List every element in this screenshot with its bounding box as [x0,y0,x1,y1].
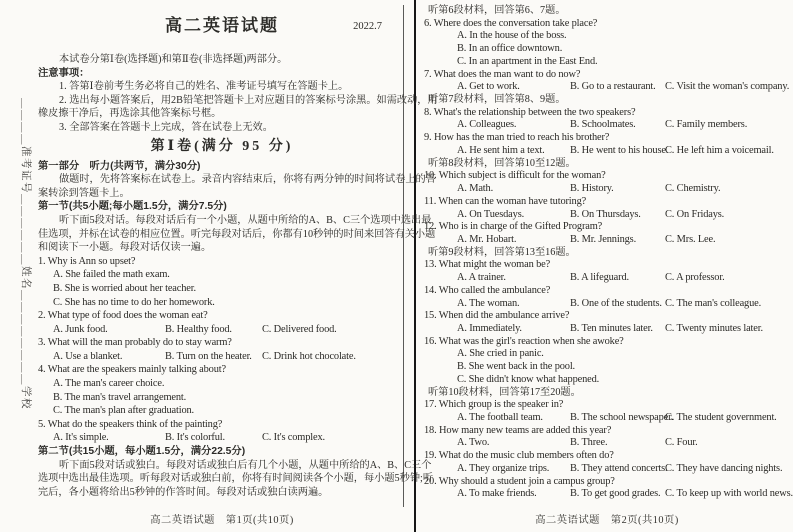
text-line: 听下面5段对话。每段对话后有一个小题，从题中所给的A、B、C三个选项中选出最 [38,214,406,228]
option-b: B. A lifeguard. [570,272,665,285]
exam-page-1: 高二英语试题 2022.7 本试卷分第Ⅰ卷(选择题)和第Ⅱ卷(非选择题)两部分。… [38,12,406,499]
option-c: C. It's complex. [262,431,406,445]
option-b: B. Go to a restaurant. [570,81,665,94]
text-line: 选项中选出最佳选项。听每段对话或独白前，你将有时间阅读各个小题，每小题5秒钟;听 [38,472,406,486]
option-c: C. He left him a voicemail. [665,145,790,158]
option-b: B. Three. [570,437,665,450]
question-line: 14. Who called the ambulance? [424,285,790,298]
options-row: A. To make friends.B. To get good grades… [424,488,790,501]
text-line: 听第7段材料，回答第8、9题。 [424,94,790,107]
option-c: C. Mrs. Lee. [665,234,790,247]
option-a: A. They organize trips. [457,463,570,476]
option-line: A. She failed the math exam. [38,268,406,282]
text-line: 橡皮擦干净后，再选涂其他答案标号框。 [38,107,406,121]
options-row: A. Junk food.B. Healthy food.C. Delivere… [38,323,406,337]
option-b: B. The school newspaper. [570,412,665,425]
options-row: A. It's simple.B. It's colorful.C. It's … [38,431,406,445]
option-a: A. Get to work. [457,81,570,94]
option-line: B. She is worried about her teacher. [38,282,406,296]
option-line: A. The man's career choice. [38,377,406,391]
question-line: 5. What do the speakers think of the pai… [38,418,406,432]
option-line: C. She has no time to do her homework. [38,296,406,310]
option-a: A. A trainer. [457,272,570,285]
question-line: 2. What type of food does the woman eat? [38,309,406,323]
option-c: C. To keep up with world news. [665,488,793,501]
option-b: B. To get good grades. [570,488,665,501]
options-row: A. Immediately.B. Ten minutes later.C. T… [424,323,790,336]
option-c: C. The student government. [665,412,790,425]
text-line: 3. 全部答案在答题卡上完成，答在试卷上无效。 [38,121,406,135]
option-line: C. She didn't know what happened. [424,374,790,387]
binding-margin-seal-labels: ＿＿＿＿准考证号＿＿＿＿＿＿姓名＿＿＿＿＿＿＿＿学校 [17,98,33,460]
option-c: C. Family members. [665,119,790,132]
options-row: A. On Tuesdays.B. On Thursdays.C. On Fri… [424,209,790,222]
option-c: C. Four. [665,437,790,450]
question-line: 20. Why should a student join a campus g… [424,476,790,489]
bold-heading-line: 第一部分 听力(共两节，满分30分) [38,160,406,174]
bold-heading-line: 第二节(共15小题，每小题1.5分，满分22.5分) [38,445,406,459]
option-a: A. The woman. [457,298,570,311]
option-c: C. Visit the woman's company. [665,81,790,94]
option-b: B. Healthy food. [165,323,262,337]
text-line: 案转涂到答题卡上。 [38,187,406,201]
text-line: 完后，各小题将给出5秒钟的作答时间。每段对话或独白读两遍。 [38,486,406,500]
option-b: B. Mr. Jennings. [570,234,665,247]
options-row: A. Mr. Hobart.B. Mr. Jennings.C. Mrs. Le… [424,234,790,247]
option-b: B. Turn on the heater. [165,350,262,364]
option-c: C. A professor. [665,272,790,285]
options-row: A. Math.B. History.C. Chemistry. [424,183,790,196]
text-line: 2. 选出每小题答案后，用2B铅笔把答题卡上对应题目的答案标号涂黑。如需改动，用 [38,94,406,108]
page-title: 高二英语试题 2022.7 [38,12,406,40]
option-c: C. Delivered food. [262,323,406,337]
options-row: A. Colleagues.B. Schoolmates.C. Family m… [424,119,790,132]
option-c: C. They have dancing nights. [665,463,790,476]
text-line: 听下面5段对话或独白。每段对话或独白后有几个小题，从题中所给的A、B、C三个 [38,459,406,473]
question-line: 18. How many new teams are added this ye… [424,425,790,438]
option-a: A. Colleagues. [457,119,570,132]
options-row: A. Get to work.B. Go to a restaurant.C. … [424,81,790,94]
question-line: 10. Which subject is difficult for the w… [424,170,790,183]
option-b: B. One of the students. [570,298,665,311]
option-a: A. On Tuesdays. [457,209,570,222]
text-line: 听第10段材料，回答第17至20题。 [424,387,790,400]
text-line: 1. 答第Ⅰ卷前考生务必将自己的姓名、准考证号填写在答题卡上。 [38,80,406,94]
text-line: 和阅读下一小题。每段对话仅读一遍。 [38,241,406,255]
option-a: A. He sent him a text. [457,145,570,158]
option-a: A. The football team. [457,412,570,425]
option-line: B. The man's travel arrangement. [38,391,406,405]
options-row: A. The woman.B. One of the students.C. T… [424,298,790,311]
text-line: 佳选项，并标在试卷的相应位置。听完每段对话后，你都有10秒钟的时间来回答有关小题 [38,228,406,242]
scanned-exam-paper: ＿＿＿＿准考证号＿＿＿＿＿＿姓名＿＿＿＿＿＿＿＿学校 高二英语试题 2022.7… [0,0,793,532]
option-b: B. It's colorful. [165,431,262,445]
option-a: A. Math. [457,183,570,196]
question-line: 3. What will the man probably do to stay… [38,336,406,350]
question-line: 19. What do the music club members often… [424,450,790,463]
option-line: B. In an office downtown. [424,43,790,56]
option-line: A. She cried in panic. [424,348,790,361]
option-b: B. He went to his house. [570,145,665,158]
section-heading: 第Ⅰ卷(满分 95 分) [38,136,406,160]
page-2-body: 听第6段材料，回答第6、7题。6. Where does the convers… [424,5,790,501]
option-line: B. She went back in the pool. [424,361,790,374]
exam-page-2: 听第6段材料，回答第6、7题。6. Where does the convers… [424,5,790,501]
question-line: 17. Which group is the speaker in? [424,399,790,412]
option-c: C. On Fridays. [665,209,790,222]
option-c: C. The man's colleague. [665,298,790,311]
question-line: 13. What might the woman be? [424,259,790,272]
option-a: A. Two. [457,437,570,450]
options-row: A. Use a blanket.B. Turn on the heater.C… [38,350,406,364]
page-1-body: 本试卷分第Ⅰ卷(选择题)和第Ⅱ卷(非选择题)两部分。注意事项：1. 答第Ⅰ卷前考… [38,53,406,499]
question-line: 7. What does the man want to do now? [424,69,790,82]
option-c: C. Chemistry. [665,183,790,196]
text-line: 听第6段材料，回答第6、7题。 [424,5,790,18]
option-line: C. The man's plan after graduation. [38,404,406,418]
option-line: A. In the house of the boss. [424,30,790,43]
question-line: 1. Why is Ann so upset? [38,255,406,269]
text-line: 做题时，先将答案标在试卷上。录音内容结束后，你将有两分钟的时间将试卷上的答 [38,173,406,187]
question-line: 9. How has the man tried to reach his br… [424,132,790,145]
exam-date: 2022.7 [353,21,382,33]
exam-title-text: 高二英语试题 [165,16,279,35]
page-edge-line [414,0,416,532]
option-a: A. Junk food. [53,323,165,337]
question-line: 15. When did the ambulance arrive? [424,310,790,323]
options-row: A. They organize trips.B. They attend co… [424,463,790,476]
question-line: 4. What are the speakers mainly talking … [38,363,406,377]
text-line: 听第9段材料，回答第13至16题。 [424,247,790,260]
option-line: C. In an apartment in the East End. [424,56,790,69]
option-a: A. Mr. Hobart. [457,234,570,247]
option-b: B. On Thursdays. [570,209,665,222]
option-a: A. To make friends. [457,488,570,501]
question-line: 12. Who is in charge of the Gifted Progr… [424,221,790,234]
option-a: A. Immediately. [457,323,570,336]
text-line: 听第8段材料，回答第10至12题。 [424,158,790,171]
option-b: B. Ten minutes later. [570,323,665,336]
options-row: A. The football team.B. The school newsp… [424,412,790,425]
option-a: A. Use a blanket. [53,350,165,364]
option-a: A. It's simple. [53,431,165,445]
page-2-footer: 高二英语试题 第2页(共10页) [424,511,790,526]
question-line: 6. Where does the conversation take plac… [424,18,790,31]
question-line: 16. What was the girl's reaction when sh… [424,336,790,349]
options-row: A. A trainer.B. A lifeguard.C. A profess… [424,272,790,285]
option-b: B. History. [570,183,665,196]
option-c: C. Twenty minutes later. [665,323,790,336]
question-line: 8. What's the relationship between the t… [424,107,790,120]
bold-heading-line: 第一节(共5小题;每小题1.5分，满分7.5分) [38,200,406,214]
option-c: C. Drink hot chocolate. [262,350,406,364]
options-row: A. He sent him a text.B. He went to his … [424,145,790,158]
bold-heading-line: 注意事项： [38,67,406,81]
text-line: 本试卷分第Ⅰ卷(选择题)和第Ⅱ卷(非选择题)两部分。 [38,53,406,67]
page-1-footer: 高二英语试题 第1页(共10页) [38,511,406,526]
options-row: A. Two.B. Three.C. Four. [424,437,790,450]
option-b: B. Schoolmates. [570,119,665,132]
option-b: B. They attend concerts. [570,463,665,476]
question-line: 11. When can the woman have tutoring? [424,196,790,209]
